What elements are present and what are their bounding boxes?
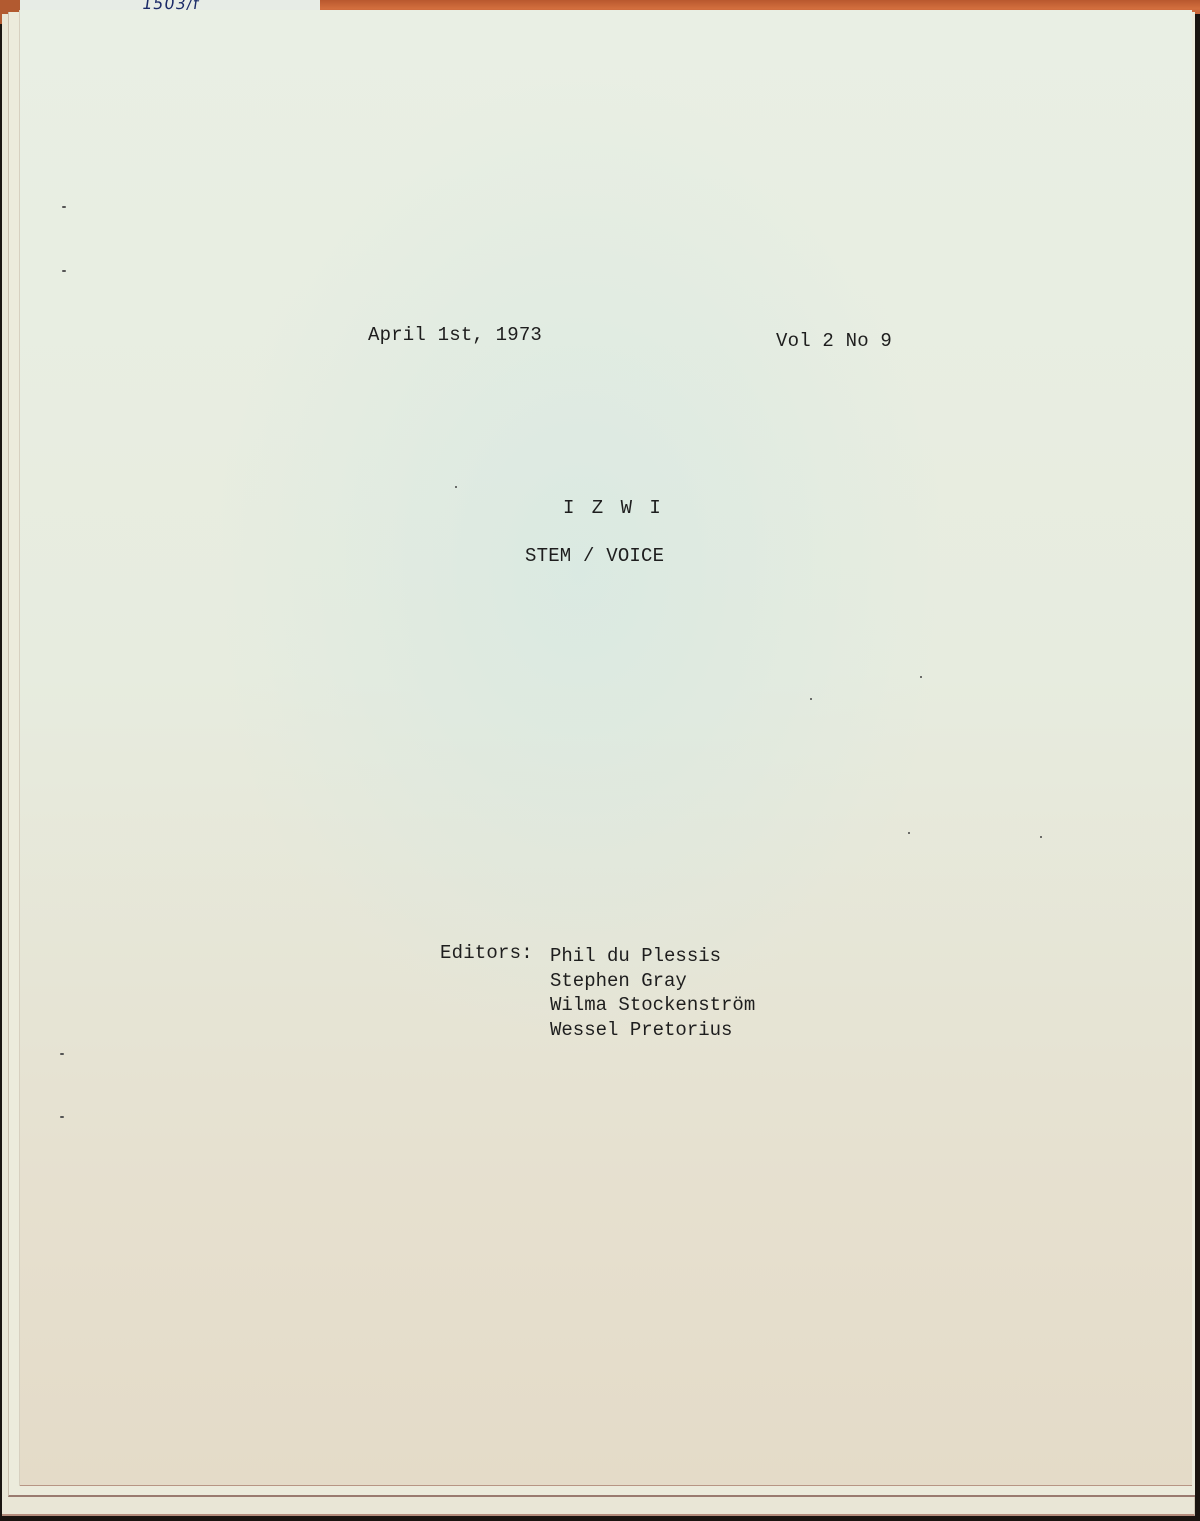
- publication-title: I Z W I: [563, 499, 664, 518]
- punch-mark: [60, 1116, 64, 1118]
- editors-label: Editors:: [440, 944, 533, 963]
- publication-subtitle: STEM / VOICE: [525, 547, 664, 566]
- speck: [920, 676, 922, 678]
- document-page: April 1st, 1973 Vol 2 No 9 I Z W I STEM …: [20, 10, 1192, 1486]
- speck: [1040, 836, 1042, 838]
- speck: [455, 486, 457, 488]
- editors-list: Phil du Plessis Stephen Gray Wilma Stock…: [550, 944, 755, 1042]
- speck: [810, 698, 812, 700]
- editor-name: Wessel Pretorius: [550, 1018, 755, 1043]
- editor-name: Stephen Gray: [550, 969, 755, 994]
- punch-mark: [62, 206, 66, 208]
- editor-name: Phil du Plessis: [550, 944, 755, 969]
- volume-number: Vol 2 No 9: [776, 332, 892, 351]
- punch-mark: [62, 270, 66, 272]
- speck: [908, 832, 910, 834]
- punch-mark: [60, 1053, 64, 1055]
- issue-date: April 1st, 1973: [368, 326, 542, 345]
- editor-name: Wilma Stockenström: [550, 993, 755, 1018]
